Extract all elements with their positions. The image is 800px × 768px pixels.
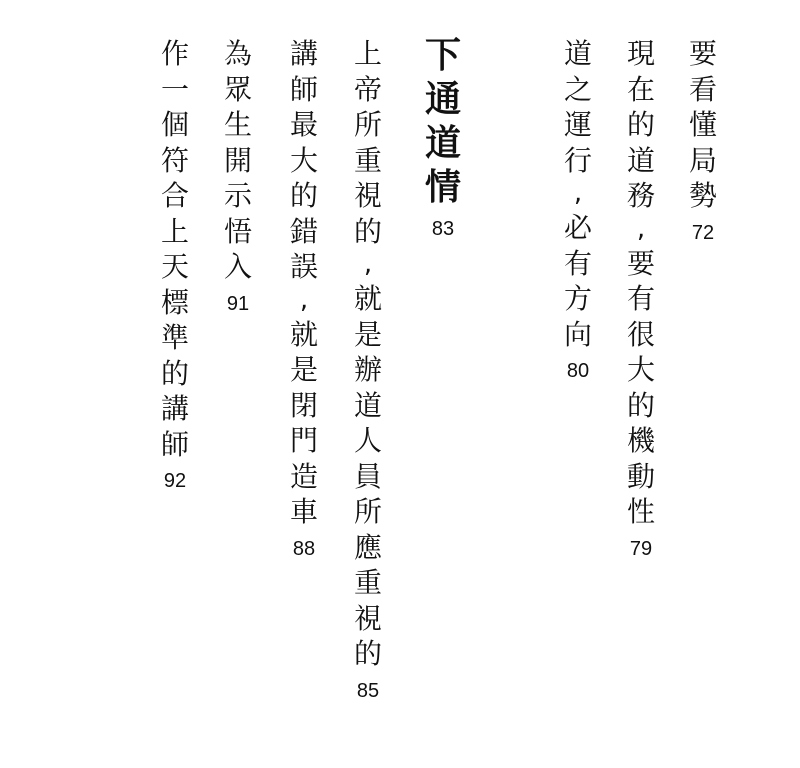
toc-char: 是 <box>287 352 321 388</box>
toc-char: , <box>287 285 321 317</box>
toc-char: 作 <box>158 36 192 72</box>
toc-char: 很 <box>624 317 658 353</box>
toc-char: 視 <box>351 178 385 214</box>
toc-char: 符 <box>158 143 192 179</box>
toc-char: 在 <box>624 72 658 108</box>
toc-char: 下 <box>421 34 465 78</box>
toc-entry: 現在的道務,要有很大的機動性79 <box>624 36 658 561</box>
toc-char: 入 <box>221 249 255 285</box>
toc-char: 是 <box>351 317 385 353</box>
toc-char: 應 <box>351 530 385 566</box>
toc-char: , <box>351 249 385 281</box>
toc-page-number: 72 <box>692 222 714 245</box>
toc-char: 錯 <box>287 214 321 250</box>
toc-entry-title: 現在的道務,要有很大的機動性 <box>624 36 658 530</box>
toc-page-number: 88 <box>293 538 315 561</box>
toc-char: 所 <box>351 107 385 143</box>
toc-page-number: 92 <box>164 470 186 493</box>
toc-entry-title: 為眾生開示悟入 <box>221 36 255 285</box>
toc-char: 方 <box>561 281 595 317</box>
toc-char: 要 <box>686 36 720 72</box>
toc-char: 的 <box>351 636 385 672</box>
toc-char: 通 <box>421 78 465 122</box>
toc-char: 一 <box>158 72 192 108</box>
toc-entry: 為眾生開示悟入91 <box>221 36 255 316</box>
toc-char: 運 <box>561 107 595 143</box>
toc-char: 師 <box>287 72 321 108</box>
toc-char: 上 <box>158 214 192 250</box>
toc-char: , <box>624 214 658 246</box>
toc-char: 道 <box>421 122 465 166</box>
toc-char: 現 <box>624 36 658 72</box>
toc-char: 帝 <box>351 72 385 108</box>
toc-char: 就 <box>287 317 321 353</box>
toc-char: 重 <box>351 565 385 601</box>
toc-char: 準 <box>158 320 192 356</box>
toc-char: 員 <box>351 459 385 495</box>
toc-char: 看 <box>686 72 720 108</box>
toc-char: 眾 <box>221 72 255 108</box>
toc-char: 之 <box>561 72 595 108</box>
toc-entry-title: 講師最大的錯誤,就是閉門造車 <box>287 36 321 530</box>
toc-char: 講 <box>158 391 192 427</box>
toc-char: 合 <box>158 178 192 214</box>
toc-char: 辦 <box>351 352 385 388</box>
toc-char: 悟 <box>221 214 255 250</box>
toc-char: 性 <box>624 494 658 530</box>
toc-entry-title: 作一個符合上天標準的講師 <box>158 36 192 462</box>
toc-section-heading: 下通道情83 <box>421 34 465 241</box>
toc-char: 所 <box>351 494 385 530</box>
toc-char: 行 <box>561 143 595 179</box>
toc-char: 大 <box>624 352 658 388</box>
toc-char: 示 <box>221 178 255 214</box>
toc-char: , <box>561 178 595 210</box>
toc-char: 的 <box>624 388 658 424</box>
toc-char: 的 <box>624 107 658 143</box>
toc-entry-title: 下通道情 <box>421 34 465 210</box>
toc-char: 懂 <box>686 107 720 143</box>
toc-char: 師 <box>158 427 192 463</box>
toc-char: 的 <box>158 356 192 392</box>
toc-entry: 要看懂局勢72 <box>686 36 720 245</box>
toc-char: 有 <box>624 281 658 317</box>
toc-char: 道 <box>561 36 595 72</box>
toc-char: 務 <box>624 178 658 214</box>
toc-char: 局 <box>686 143 720 179</box>
toc-char: 誤 <box>287 249 321 285</box>
toc-char: 生 <box>221 107 255 143</box>
toc-page-number: 91 <box>227 293 249 316</box>
toc-entry-title: 道之運行,必有方向 <box>561 36 595 352</box>
toc-char: 的 <box>351 214 385 250</box>
toc-char: 開 <box>221 143 255 179</box>
toc-char: 就 <box>351 281 385 317</box>
toc-entry: 上帝所重視的,就是辦道人員所應重視的85 <box>351 36 385 703</box>
toc-char: 標 <box>158 285 192 321</box>
toc-char: 視 <box>351 601 385 637</box>
toc-page-number: 80 <box>567 360 589 383</box>
toc-char: 動 <box>624 459 658 495</box>
toc-char: 要 <box>624 246 658 282</box>
toc-char: 講 <box>287 36 321 72</box>
toc-char: 勢 <box>686 178 720 214</box>
toc-char: 重 <box>351 143 385 179</box>
toc-page-number: 83 <box>432 218 454 241</box>
toc-char: 為 <box>221 36 255 72</box>
toc-entry-title: 上帝所重視的,就是辦道人員所應重視的 <box>351 36 385 672</box>
toc-char: 天 <box>158 249 192 285</box>
toc-page-number: 79 <box>630 538 652 561</box>
toc-char: 閉 <box>287 388 321 424</box>
toc-char: 造 <box>287 459 321 495</box>
toc-char: 道 <box>351 388 385 424</box>
toc-char: 人 <box>351 423 385 459</box>
toc-char: 最 <box>287 107 321 143</box>
toc-char: 個 <box>158 107 192 143</box>
toc-char: 機 <box>624 423 658 459</box>
toc-char: 的 <box>287 178 321 214</box>
toc-char: 道 <box>624 143 658 179</box>
toc-char: 向 <box>561 317 595 353</box>
toc-entry: 道之運行,必有方向80 <box>561 36 595 383</box>
toc-char: 必 <box>561 210 595 246</box>
toc-char: 上 <box>351 36 385 72</box>
toc-page-number: 85 <box>357 680 379 703</box>
toc-char: 車 <box>287 494 321 530</box>
toc-entry-title: 要看懂局勢 <box>686 36 720 214</box>
toc-char: 門 <box>287 423 321 459</box>
toc-entry: 講師最大的錯誤,就是閉門造車88 <box>287 36 321 561</box>
toc-entry: 作一個符合上天標準的講師92 <box>158 36 192 493</box>
toc-char: 有 <box>561 246 595 282</box>
toc-char: 情 <box>421 166 465 210</box>
toc-char: 大 <box>287 143 321 179</box>
